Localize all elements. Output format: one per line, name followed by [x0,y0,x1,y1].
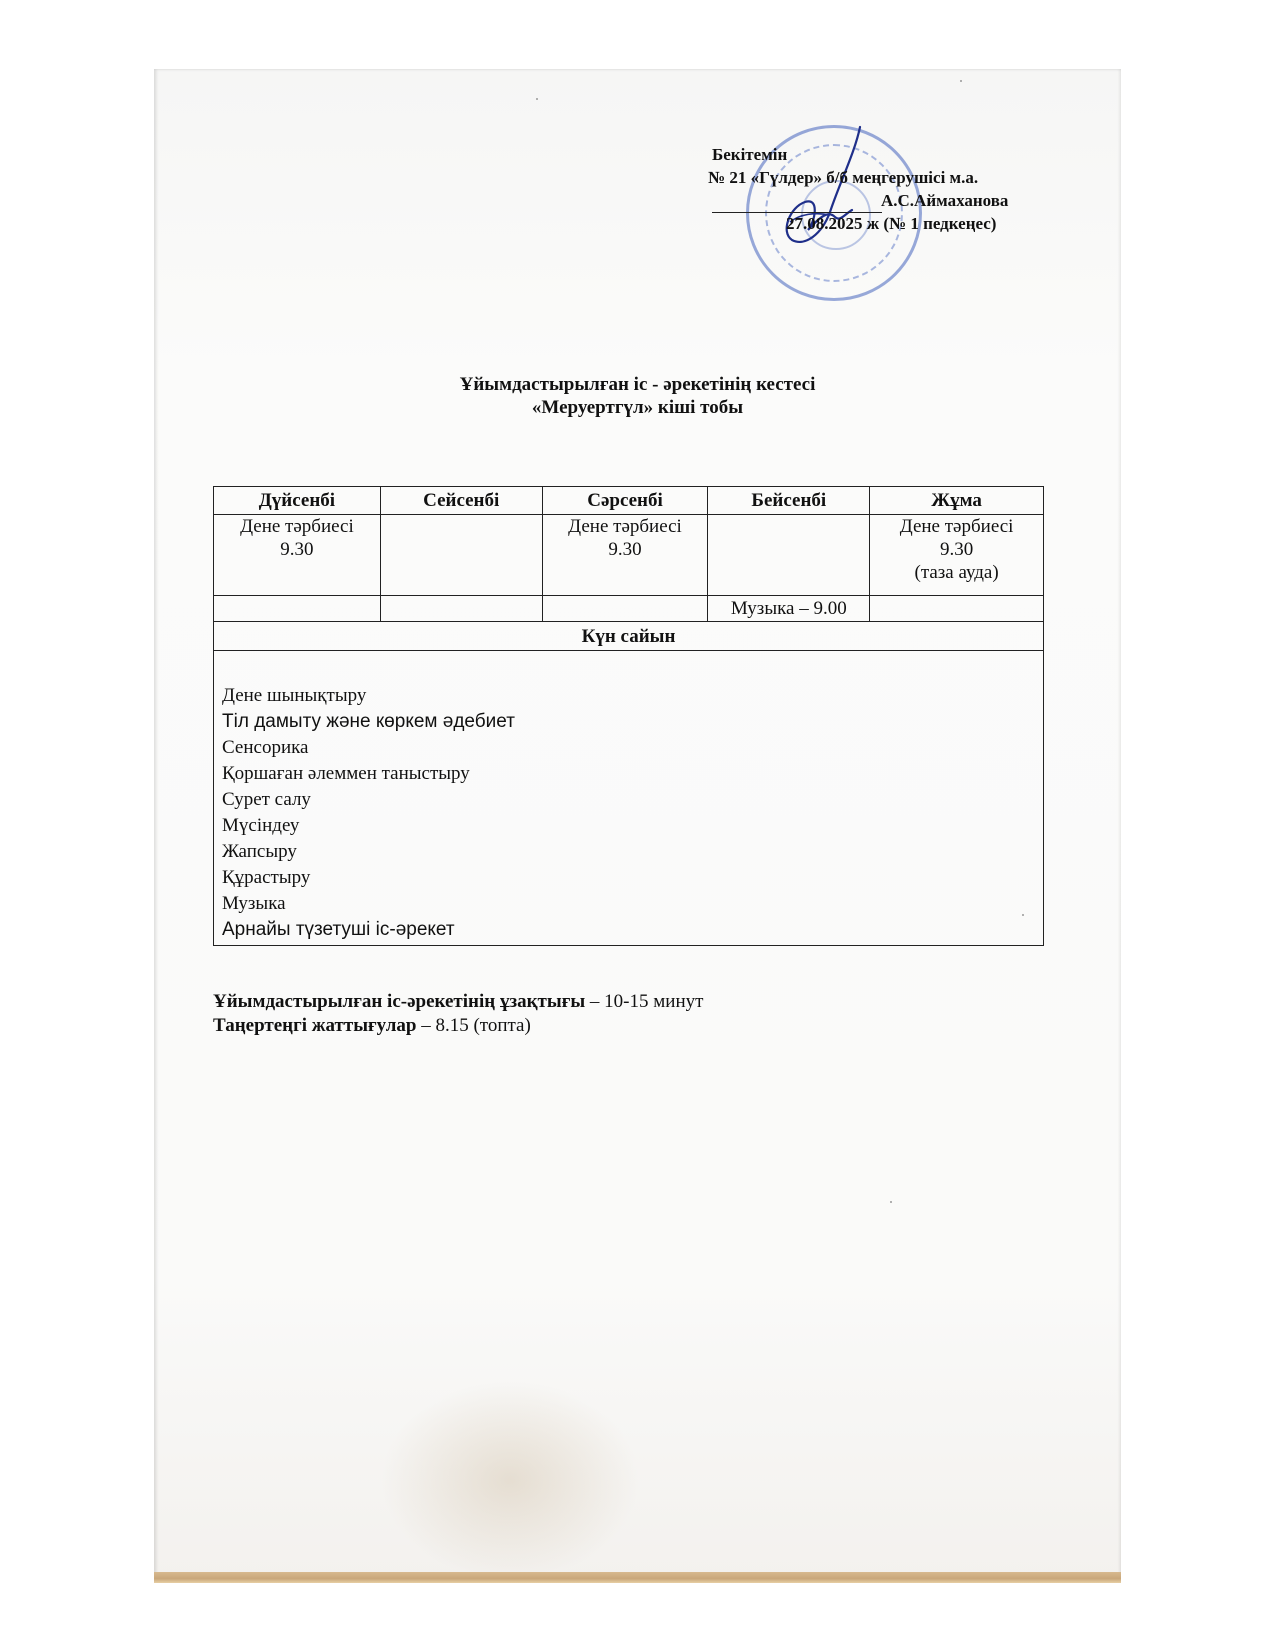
day-header: Бейсенбі [708,487,870,515]
cell-activity: Дене тәрбиесі [900,516,1014,537]
duration-label: Ұйымдастырылған іс-әрекетінің ұзақтығы [213,991,585,1012]
cell-time: 9.30 [280,539,313,560]
list-item: Арнайы түзетуші іс-әрекет [222,917,1035,943]
day-header: Дүйсенбі [214,487,381,515]
approval-name: А.С.Аймаханова [881,189,1008,212]
approval-date: 27.08.2025 ж (№ 1 педкеңес) [786,212,996,235]
list-item: Сурет салу [222,787,1035,813]
table-row: Музыка – 9.00 [214,596,1044,622]
duration-line: Ұйымдастырылған іс-әрекетінің ұзақтығы –… [213,990,703,1014]
list-item: Сенсорика [222,735,1035,761]
morning-label: Таңертеңгі жаттығулар [213,1015,416,1036]
daily-list: Дене шынықтыру Тіл дамыту және көркем әд… [214,651,1044,946]
list-item: Музыка [222,891,1035,917]
list-item: Дене шынықтыру [222,683,1035,709]
table-cell [380,596,542,622]
approval-heading: Бекітемін [712,143,787,166]
approval-position: № 21 «Гүлдер» б/б меңгерушісі м.а. [708,166,978,189]
morning-value: – 8.15 (топта) [416,1015,530,1036]
schedule-table: Дүйсенбі Сейсенбі Сәрсенбі Бейсенбі Жұма… [213,486,1044,946]
list-item: Жапсыру [222,839,1035,865]
document-title: Ұйымдастырылған іс - әрекетінің кестесі [154,374,1121,396]
table-cell [380,515,542,596]
day-header: Жұма [870,487,1044,515]
table-cell: Дене тәрбиесі 9.30 [542,515,708,596]
cell-note: (таза ауда) [915,562,999,583]
fold-shadow [380,1380,640,1580]
daily-heading: Күн сайын [214,622,1044,651]
table-header-row: Дүйсенбі Сейсенбі Сәрсенбі Бейсенбі Жұма [214,487,1044,515]
table-cell [214,596,381,622]
cell-time: 9.30 [940,539,973,560]
speck [536,98,538,100]
list-item: Мүсіндеу [222,813,1035,839]
morning-exercise-line: Таңертеңгі жаттығулар – 8.15 (топта) [213,1014,531,1038]
daily-heading-row: Күн сайын [214,622,1044,651]
cell-activity: Дене тәрбиесі [240,516,354,537]
document-subtitle: «Меруертгүл» кіші тобы [154,397,1121,419]
cell-time: 9.30 [608,539,641,560]
duration-value: – 10-15 минут [585,991,703,1012]
day-header: Сейсенбі [380,487,542,515]
signature-line [712,212,882,213]
speck [960,80,962,82]
table-cell [708,515,870,596]
table-cell [870,596,1044,622]
list-item: Тіл дамыту және көркем әдебиет [222,709,1035,735]
speck [1022,914,1024,916]
day-header: Сәрсенбі [542,487,708,515]
table-surface-edge [154,1572,1121,1583]
list-item: Құрастыру [222,865,1035,891]
speck [890,1201,892,1203]
table-cell [542,596,708,622]
table-row: Дене тәрбиесі 9.30 Дене тәрбиесі 9.30 Де… [214,515,1044,596]
table-cell: Дене тәрбиесі 9.30 (таза ауда) [870,515,1044,596]
table-cell: Музыка – 9.00 [708,596,870,622]
cell-activity: Дене тәрбиесі [568,516,682,537]
list-item: Қоршаған әлеммен таныстыру [222,761,1035,787]
table-cell: Дене тәрбиесі 9.30 [214,515,381,596]
daily-list-row: Дене шынықтыру Тіл дамыту және көркем әд… [214,651,1044,946]
